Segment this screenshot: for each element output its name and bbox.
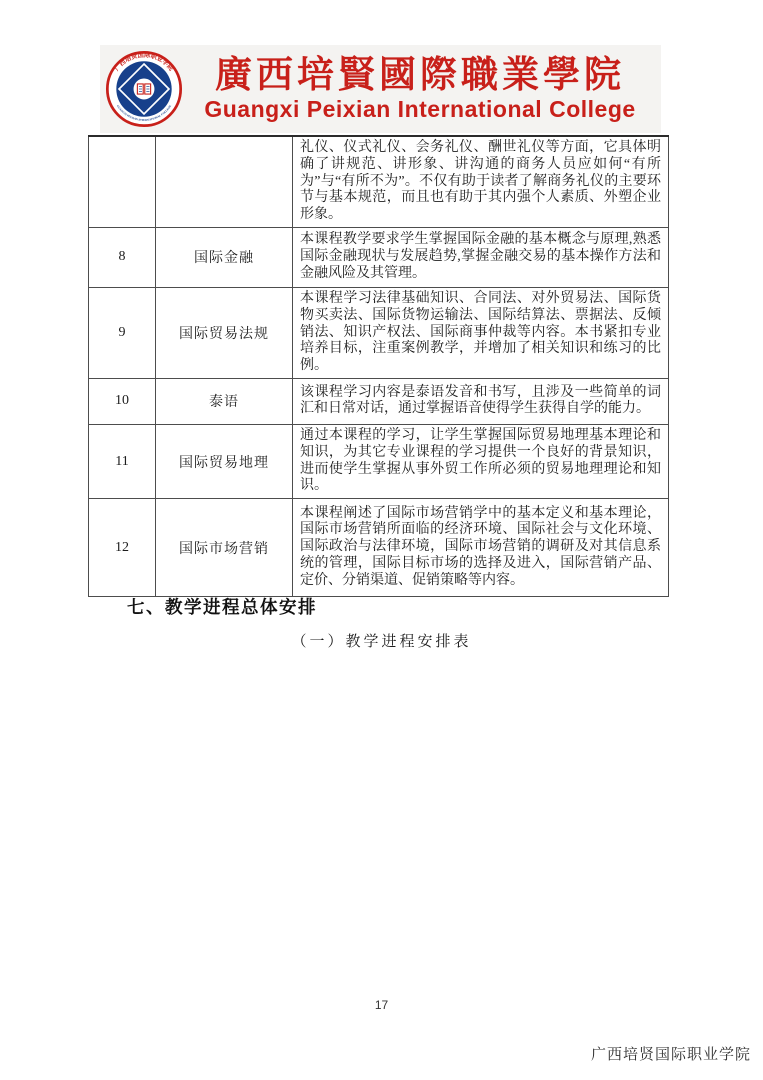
course-name-cell <box>156 136 293 227</box>
table-row: 礼仪、仪式礼仪、会务礼仪、酬世礼仪等方面，它具体明确了讲规范、讲形象、讲沟通的商… <box>89 136 669 227</box>
page-number: 17 <box>0 998 763 1012</box>
course-number-cell <box>89 136 156 227</box>
course-name-cell: 国际贸易地理 <box>156 424 293 498</box>
course-number-cell: 10 <box>89 378 156 424</box>
course-description-cell: 本课程教学要求学生掌握国际金融的基本概念与原理,熟悉国际金融现状与发展趋势,掌握… <box>293 227 669 287</box>
course-name-cell: 国际贸易法规 <box>156 287 293 378</box>
footer-college-name: 广西培贤国际职业学院 <box>591 1043 751 1064</box>
table-row: 12 国际市场营销 本课程阐述了国际市场营销学中的基本定义和基本理论，国际市场营… <box>89 499 669 597</box>
table-row: 9 国际贸易法规 本课程学习法律基础知识、合同法、对外贸易法、国际货物买卖法、国… <box>89 287 669 378</box>
course-number-cell: 12 <box>89 499 156 597</box>
table-row: 11 国际贸易地理 通过本课程的学习，让学生掌握国际贸易地理基本理论和知识，为其… <box>89 424 669 498</box>
course-description-cell: 该课程学习内容是泰语发音和书写，且涉及一些简单的词汇和日常对话，通过掌握语音使得… <box>293 378 669 424</box>
course-description-cell: 本课程阐述了国际市场营销学中的基本定义和基本理论，国际市场营销所面临的经济环境、… <box>293 499 669 597</box>
course-number-cell: 11 <box>89 424 156 498</box>
course-name-cell: 国际金融 <box>156 227 293 287</box>
college-titles: 廣西培賢國際職業學院 Guangxi Peixian International… <box>183 56 661 123</box>
seal-center-disc <box>133 78 155 100</box>
document-page: 广西培贤国际职业学院 GUANGXI PEIXIAN INTERNATIONAL… <box>0 0 763 1080</box>
course-number-cell: 9 <box>89 287 156 378</box>
table-row: 10 泰语 该课程学习内容是泰语发音和书写，且涉及一些简单的词汇和日常对话，通过… <box>89 378 669 424</box>
course-name-cell: 国际市场营销 <box>156 499 293 597</box>
course-table-body: 礼仪、仪式礼仪、会务礼仪、酬世礼仪等方面，它具体明确了讲规范、讲形象、讲沟通的商… <box>89 136 669 597</box>
college-name-english: Guangxi Peixian International College <box>183 97 657 122</box>
course-description-table: 礼仪、仪式礼仪、会务礼仪、酬世礼仪等方面，它具体明确了讲规范、讲形象、讲沟通的商… <box>88 135 669 597</box>
course-description-cell: 礼仪、仪式礼仪、会务礼仪、酬世礼仪等方面，它具体明确了讲规范、讲形象、讲沟通的商… <box>293 136 669 227</box>
college-seal-logo: 广西培贤国际职业学院 GUANGXI PEIXIAN INTERNATIONAL… <box>105 50 183 128</box>
section-heading: 七、教学进程总体安排 <box>127 594 317 619</box>
course-number-cell: 8 <box>89 227 156 287</box>
college-name-chinese: 廣西培賢國際職業學院 <box>183 56 657 97</box>
course-description-cell: 本课程学习法律基础知识、合同法、对外贸易法、国际货物买卖法、国际货物运输法、国际… <box>293 287 669 378</box>
subsection-heading: （一）教学进程安排表 <box>0 630 763 651</box>
college-header: 广西培贤国际职业学院 GUANGXI PEIXIAN INTERNATIONAL… <box>100 45 661 133</box>
course-name-cell: 泰语 <box>156 378 293 424</box>
course-description-cell: 通过本课程的学习，让学生掌握国际贸易地理基本理论和知识，为其它专业课程的学习提供… <box>293 424 669 498</box>
table-row: 8 国际金融 本课程教学要求学生掌握国际金融的基本概念与原理,熟悉国际金融现状与… <box>89 227 669 287</box>
